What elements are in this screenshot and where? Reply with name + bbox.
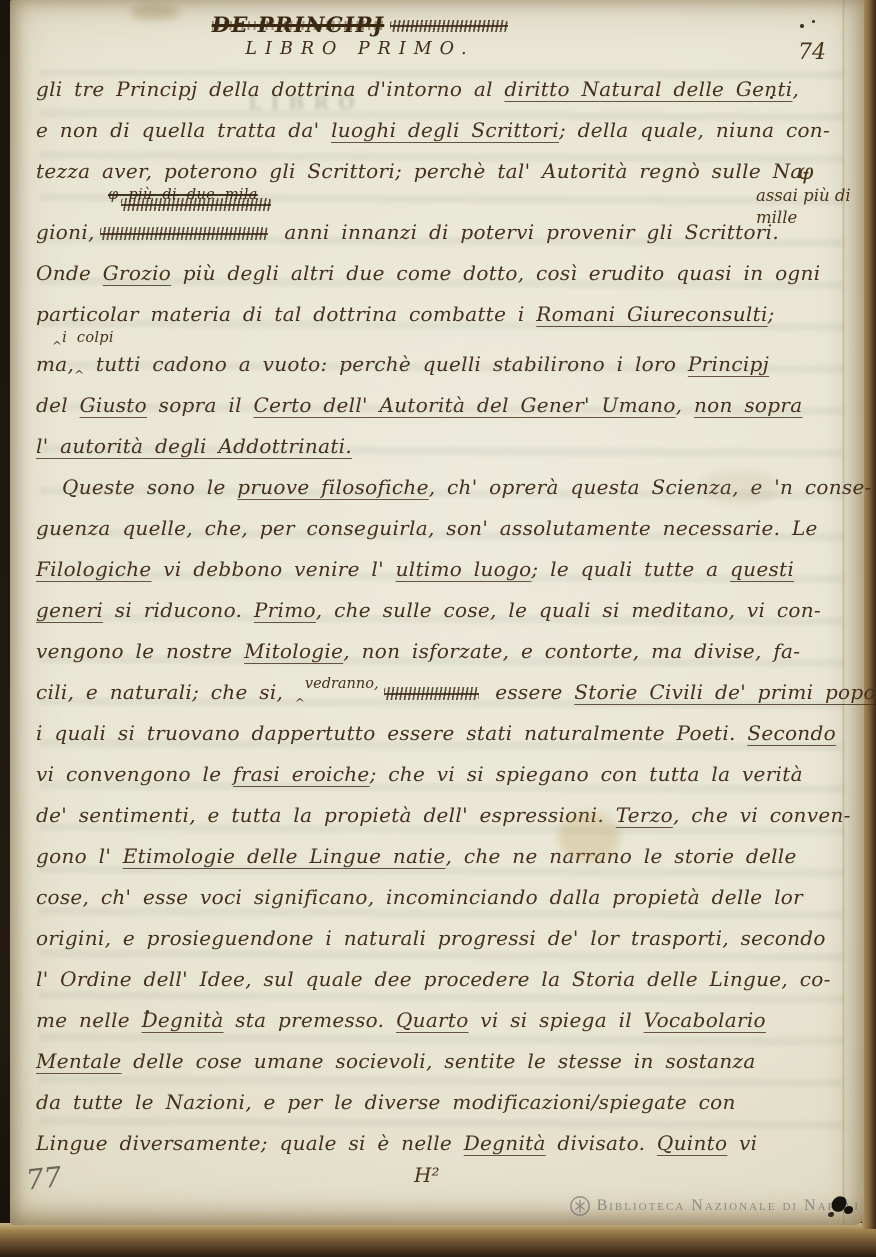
manuscript-line: generi si riducono. Primo, che sulle cos… (36, 590, 828, 631)
text-segment: , ch' oprerà questa Scienza, e 'n conse- (429, 475, 872, 499)
margin-note-line: assai più di (756, 185, 866, 207)
text-segment: , (676, 393, 694, 417)
text-segment: vengono le nostre (36, 639, 244, 663)
text-segment: de' sentimenti, e tutta la propietà dell… (36, 803, 616, 827)
ink-spot (812, 20, 815, 23)
underlined-text: Romani Giureconsulti (536, 302, 767, 326)
text-segment: , che ne narrano le storie delle (446, 844, 797, 868)
text-segment: essere (484, 680, 575, 704)
paper-stain (558, 812, 620, 862)
text-segment: guenza quelle, che, per conseguirla, son… (36, 516, 818, 540)
underlined-text: Etimologie delle Lingue natie (123, 844, 446, 868)
folio-number-pencil: 77 (24, 1160, 63, 1197)
underlined-text: Quinto (657, 1131, 727, 1155)
text-segment: Onde (36, 261, 103, 285)
manuscript-line: particolar materia di tal dottrina comba… (36, 294, 828, 335)
text-segment: vi si spiega il (469, 1008, 644, 1032)
text-segment: origini, e prosieguendone i naturali pro… (36, 926, 826, 950)
text-segment: da tutte le Nazioni, e per le diverse mo… (36, 1090, 736, 1114)
text-segment: Lingue diversamente; quale si è nelle (36, 1131, 464, 1155)
manuscript-line: cose, ch' esse voci significano, incomin… (36, 877, 828, 918)
text-segment: ; (768, 302, 775, 326)
underlined-text: non sopra (694, 393, 802, 417)
manuscript-line: Lingue diversamente; quale si è nelle De… (36, 1123, 828, 1164)
text-segment: si riducono. (103, 598, 254, 622)
text-segment: tezza aver, poterono gli Scrittori; perc… (36, 159, 810, 183)
illegible-strikeout (384, 687, 479, 700)
text-segment: , che sulle cose, le quali si meditano, … (316, 598, 821, 622)
manuscript-line: i quali si truovano dappertutto essere s… (36, 713, 828, 754)
text-segment: delle cose umane socievoli, sentite le s… (122, 1049, 756, 1073)
underlined-text: ultimo luogo (396, 557, 532, 581)
text-segment: i quali si truovano dappertutto essere s… (36, 721, 747, 745)
text-segment: cili, e naturali; che si, (36, 680, 295, 704)
quire-signature-mark: H² (414, 1163, 439, 1187)
illegible-strikeout (100, 227, 268, 240)
underlined-text: diritto Natural delle Genti (504, 77, 792, 101)
manuscript-line: ma,^ tutti cadono a vuoto: perchè quelli… (36, 344, 828, 385)
text-segment: anni innanzi di potervi provenir gli Scr… (273, 220, 779, 244)
margin-note: φ assai più di mille (756, 160, 866, 229)
text-segment: , che vi conven- (673, 803, 851, 827)
manuscript-line: gioni, anni innanzi di potervi provenir … (36, 212, 828, 253)
text-segment: gono l' (36, 844, 123, 868)
text-segment: del (36, 393, 80, 417)
page-title: LIBRO PRIMO. (210, 39, 510, 59)
text-segment: particolar materia di tal dottrina comba… (36, 302, 536, 326)
text-segment: Queste sono le (62, 475, 237, 499)
manuscript-line: vi convengono le frasi eroiche; che vi s… (36, 754, 828, 795)
book-fore-edge-bottom (0, 1223, 876, 1257)
manuscript-line: del Giusto sopra il Certo dell' Autorità… (36, 385, 828, 426)
manuscript-line: Onde Grozio più degli altri due come dot… (36, 253, 828, 294)
underlined-text: Mitologie (244, 639, 343, 663)
underlined-text: Grozio (103, 261, 171, 285)
library-stamp-text: Biblioteca Nazionale di Napoli (597, 1197, 860, 1215)
manuscript-line: l' Ordine dell' Idee, sul quale dee proc… (36, 959, 828, 1000)
margin-note-symbol: φ (798, 160, 866, 185)
underlined-text: Quarto (396, 1008, 469, 1032)
text-segment: gli tre Principj della dottrina d'intorn… (36, 77, 504, 101)
text-segment: divisato. (546, 1131, 657, 1155)
manuscript-line: l' autorità degli Addottrinati. (36, 426, 828, 467)
underlined-text: Giusto (80, 393, 147, 417)
manuscript-line: origini, e prosieguendone i naturali pro… (36, 918, 828, 959)
manuscript-line: Filologiche vi debbono venire l' ultimo … (36, 549, 828, 590)
library-stamp: Biblioteca Nazionale di Napoli (569, 1195, 860, 1217)
text-segment: vi debbono venire l' (152, 557, 396, 581)
underlined-text: Certo dell' Autorità del Gener' Umano (253, 393, 675, 417)
illegible-strikeout (390, 20, 508, 32)
caret-mark: ^ (295, 696, 305, 710)
text-segment: , (792, 77, 799, 101)
underlined-text: generi (36, 598, 103, 622)
paper-stain (130, 4, 180, 20)
underlined-text: Primo (254, 598, 316, 622)
interlinear-insertion: vedranno, (305, 676, 379, 692)
ink-spot (770, 96, 773, 99)
underlined-text: Storie Civili de' primi popoli (574, 680, 876, 704)
manuscript-line: gono l' Etimologie delle Lingue natie, c… (36, 836, 828, 877)
text-segment: sopra il (147, 393, 253, 417)
text-segment: cose, ch' esse voci significano, incomin… (36, 885, 803, 909)
manuscript-line: da tutte le Nazioni, e per le diverse mo… (36, 1082, 828, 1123)
underlined-text: Terzo (616, 803, 673, 827)
paper-stain (700, 470, 780, 504)
text-segment: ; della quale, niuna con- (559, 118, 830, 142)
text-segment: ma, (36, 352, 74, 376)
library-logo-icon (569, 1195, 591, 1217)
text-segment: vi (727, 1131, 757, 1155)
struck-title: DE PRINCIPJ (212, 12, 385, 37)
underlined-text: pruove filosofiche (237, 475, 428, 499)
manuscript-line: cili, e naturali; che si, ^vedranno, ess… (36, 672, 828, 713)
underlined-text: Mentale (36, 1049, 122, 1073)
illegible-strikeout (121, 198, 271, 211)
manuscript-line: tezza aver, poterono gli Scrittori; perc… (36, 151, 828, 192)
ink-spot (146, 1010, 149, 1013)
manuscript-line: guenza quelle, che, per conseguirla, son… (36, 508, 828, 549)
text-segment: gioni, (36, 220, 95, 244)
text-segment: più degli altri due come dotto, così eru… (171, 261, 820, 285)
manuscript-line: Mentale delle cose umane socievoli, sent… (36, 1041, 828, 1082)
manuscript-line: me nelle Degnità sta premesso. Quarto vi… (36, 1000, 828, 1041)
ink-spot (800, 24, 804, 28)
text-segment: ; che vi si spiegano con tutta la verità (370, 762, 803, 786)
text-segment: vi convengono le (36, 762, 233, 786)
text-segment: ; le quali tutte a (531, 557, 730, 581)
underlined-text: Principj (688, 352, 769, 376)
underlined-text: Degnità (464, 1131, 546, 1155)
underlined-text: luoghi degli Scrittori (331, 118, 559, 142)
manuscript-lines: gli tre Principj della dottrina d'intorn… (10, 59, 864, 1164)
text-segment: me nelle (36, 1008, 142, 1032)
underlined-text: Degnità (142, 1008, 224, 1032)
margin-note-line: mille (756, 207, 866, 229)
manuscript-page: LIBRO DE PRINCIPJ LIBRO PRIMO. 74 gli tr… (10, 0, 864, 1225)
underlined-text: Secondo (747, 721, 836, 745)
scanned-manuscript: { "document": { "kind": "handwritten man… (0, 0, 876, 1257)
manuscript-line: vengono le nostre Mitologie, non isforza… (36, 631, 828, 672)
underlined-text: questi (730, 557, 794, 581)
underlined-text: Filologiche (36, 557, 152, 581)
struck-title-row: DE PRINCIPJ (210, 12, 510, 37)
underlined-text: l' autorità degli Addottrinati. (36, 434, 352, 458)
underlined-text: frasi eroiche (233, 762, 370, 786)
title-block: DE PRINCIPJ LIBRO PRIMO. (210, 0, 510, 59)
manuscript-line: gli tre Principj della dottrina d'intorn… (36, 69, 828, 110)
text-segment: sta premesso. (224, 1008, 396, 1032)
manuscript-line: de' sentimenti, e tutta la propietà dell… (36, 795, 828, 836)
text-segment: l' Ordine dell' Idee, sul quale dee proc… (36, 967, 831, 991)
underlined-text: Vocabolario (644, 1008, 766, 1032)
caret-mark: ^ (74, 368, 84, 382)
text-segment: tutti cadono a vuoto: perchè quelli stab… (84, 352, 688, 376)
text-segment: e non di quella tratta da' (36, 118, 331, 142)
manuscript-line: e non di quella tratta da' luoghi degli … (36, 110, 828, 151)
text-segment: , non isforzate, e contorte, ma divise, … (343, 639, 800, 663)
